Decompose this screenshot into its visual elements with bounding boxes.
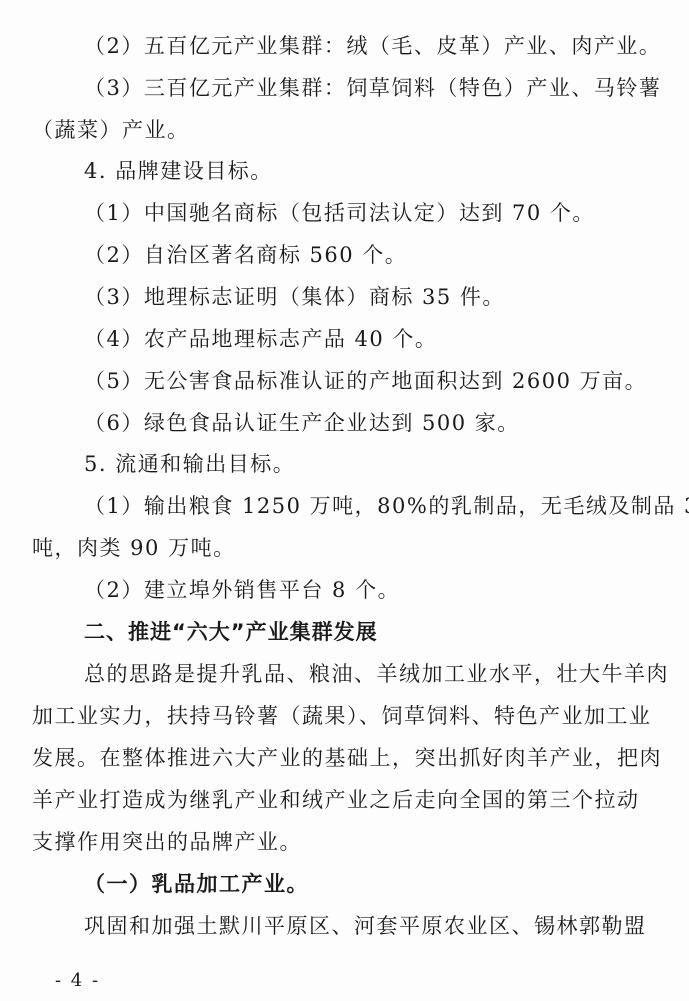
list-item-green-food-enterprises: （6）绿色食品认证生产企业达到 500 家。: [84, 409, 520, 437]
section-heading-brand-goals: 4. 品牌建设目标。: [84, 157, 273, 185]
page-number: - 4 -: [55, 970, 100, 992]
body-paragraph-line: 总的思路是提升乳品、粮油、羊绒加工业水平，壮大牛羊肉: [84, 660, 669, 688]
list-item-regional-trademark: （2）自治区著名商标 560 个。: [84, 241, 407, 269]
list-item-sales-platforms: （2）建立埠外销售平台 8 个。: [84, 576, 400, 604]
document-page: （2）五百亿元产业集群：绒（毛、皮革）产业、肉产业。 （3）三百亿元产业集群：饲…: [0, 0, 689, 1001]
body-paragraph-line: 羊产业打造成为继乳产业和绒产业之后走向全国的第三个拉动: [32, 786, 640, 814]
body-paragraph-line: 巩固和加强土默川平原区、河套平原农业区、锡林郭勒盟: [84, 912, 647, 940]
body-paragraph-line: 支撑作用突出的品牌产业。: [32, 828, 302, 856]
body-paragraph-line: 加工业实力，扶持马铃薯（蔬果）、饲草饲料、特色产业加工业: [32, 702, 652, 730]
list-item-geo-products: （4）农产品地理标志产品 40 个。: [84, 325, 437, 353]
subsection-heading-dairy: （一）乳品加工产业。: [84, 870, 309, 898]
paragraph-line-industry-cluster-300: （3）三百亿元产业集群：饲草饲料（特色）产业、马铃薯: [84, 74, 661, 102]
chapter-heading-six-industries: 二、推进“六大”产业集群发展: [84, 618, 378, 646]
list-item-famous-trademark: （1）中国驰名商标（包括司法认定）达到 70 个。: [84, 199, 595, 227]
paragraph-line-continuation: 吨，肉类 90 万吨。: [32, 534, 236, 562]
paragraph-line-industry-cluster-500: （2）五百亿元产业集群：绒（毛、皮革）产业、肉产业。: [84, 32, 661, 60]
body-paragraph-line: 发展。在整体推进六大产业的基础上，突出抓好肉羊产业，把肉: [32, 744, 662, 772]
list-item-output-grain: （1）输出粮食 1250 万吨，80%的乳制品，无毛绒及制品 3000: [84, 492, 689, 520]
paragraph-line-continuation: （蔬菜）产业。: [32, 116, 190, 144]
list-item-pollution-free-area: （5）无公害食品标准认证的产地面积达到 2600 万亩。: [84, 367, 647, 395]
list-item-geo-certification: （3）地理标志证明（集体）商标 35 件。: [84, 283, 505, 311]
section-heading-distribution-goals: 5. 流通和输出目标。: [84, 450, 295, 478]
